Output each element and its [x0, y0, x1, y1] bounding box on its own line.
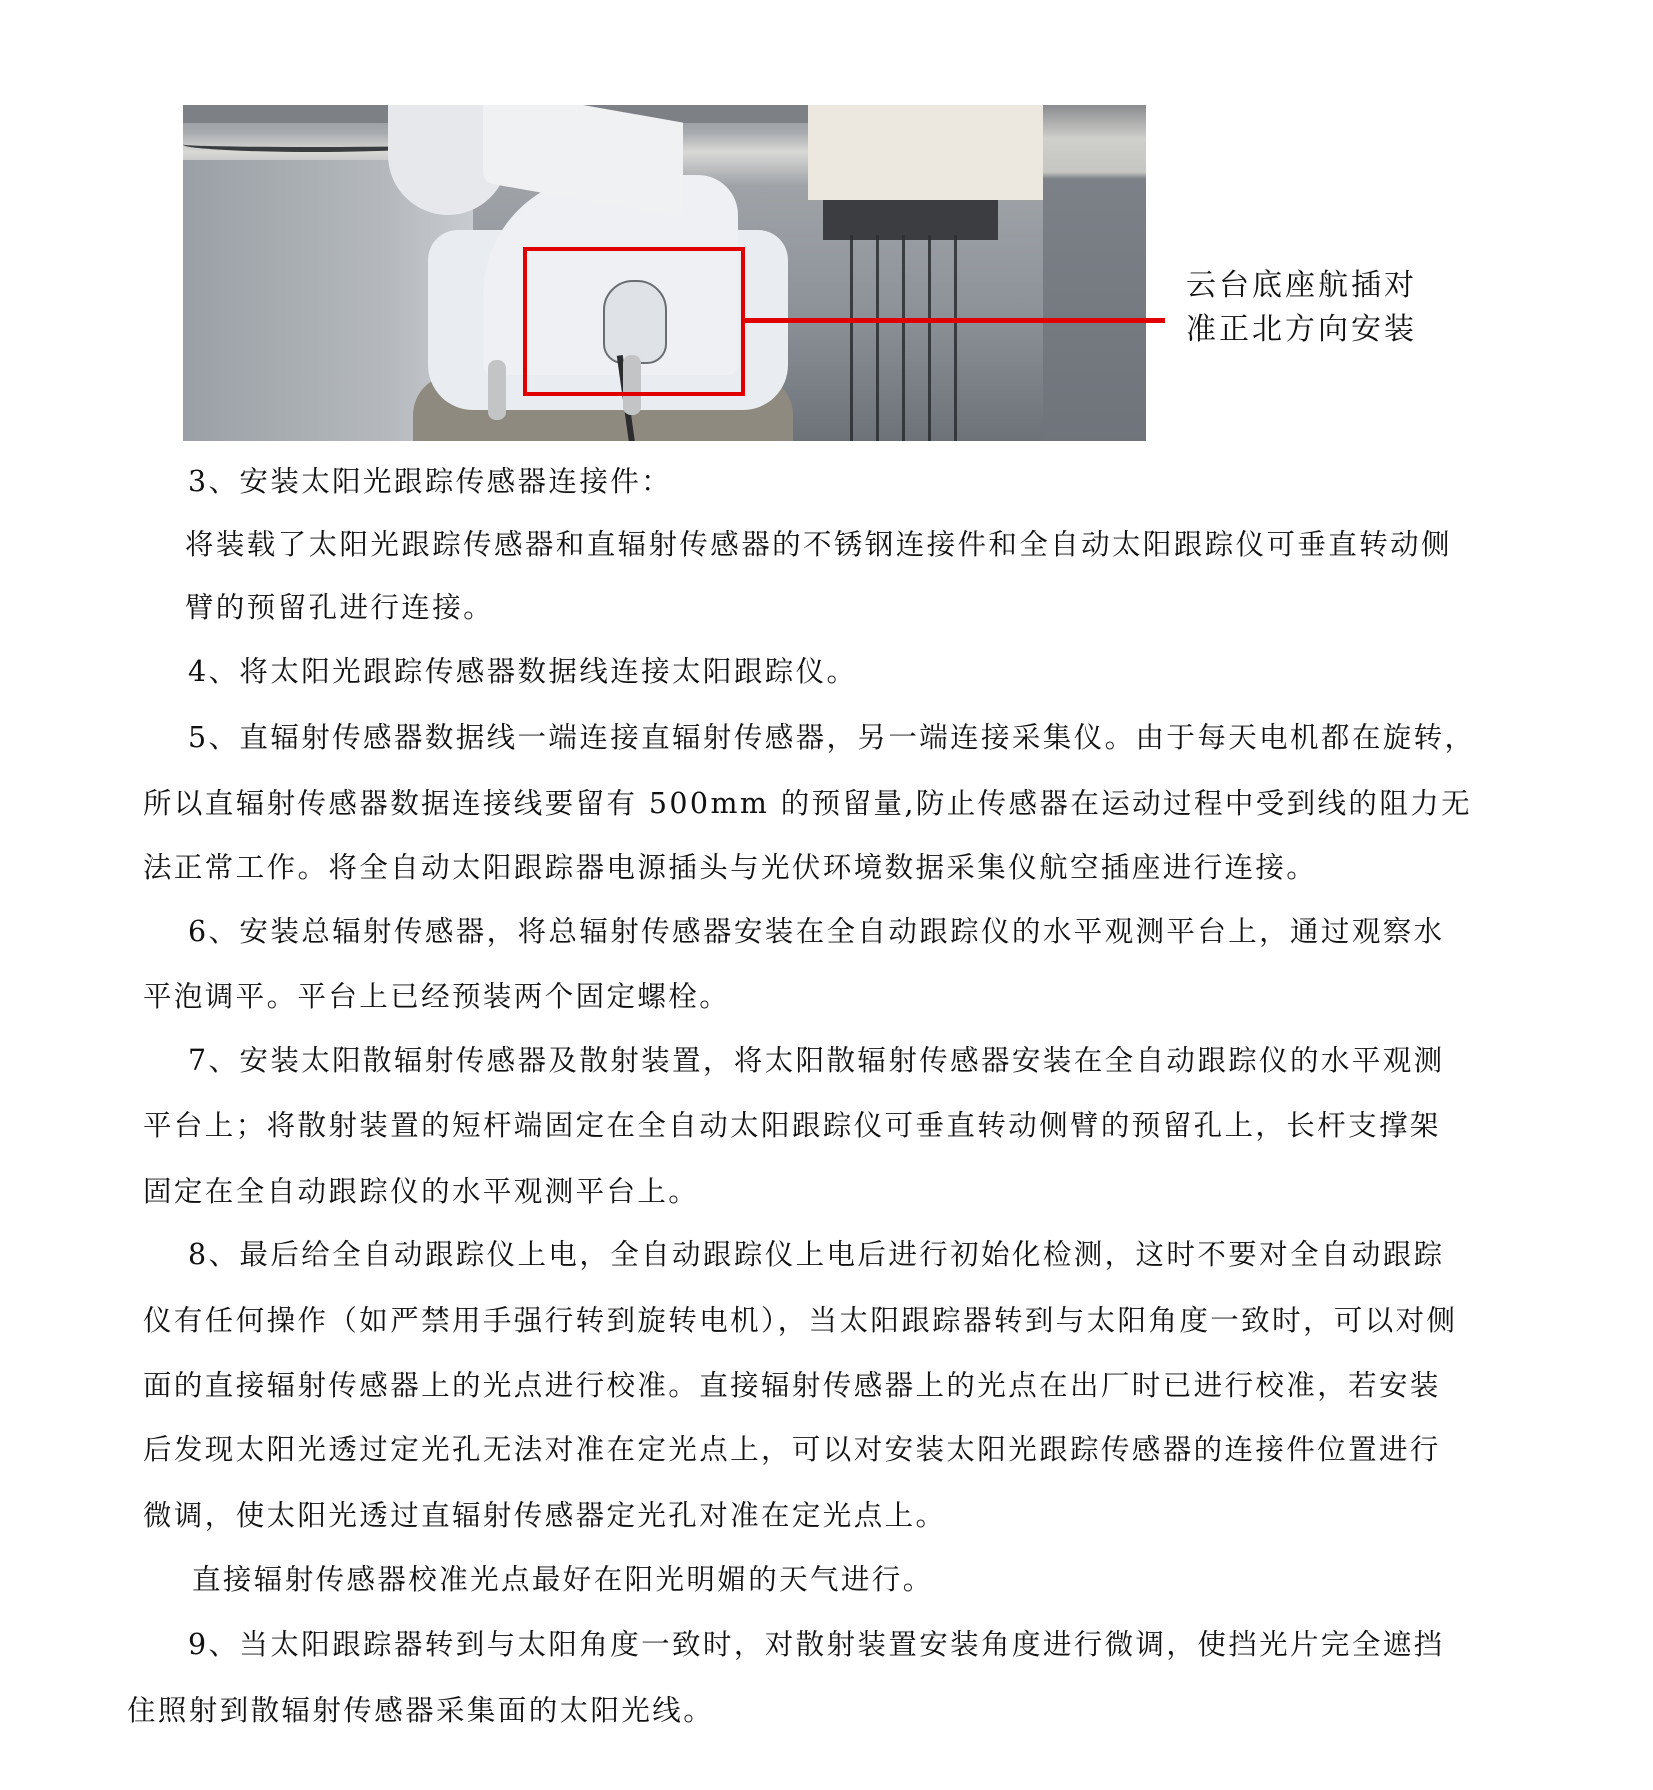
- paragraph-line: 后发现太阳光透过定光孔无法对准在定光点上，可以对安装太阳光跟踪传感器的连接件位置…: [143, 1430, 1441, 1470]
- callout-line-1: 云台底座航插对: [1186, 264, 1417, 308]
- photo-bolt-left: [488, 360, 506, 420]
- paragraph-line: 直接辐射传感器校准光点最好在阳光明媚的天气进行。: [192, 1560, 934, 1600]
- paragraph-line: 臂的预留孔进行连接。: [185, 588, 494, 628]
- paragraph-line: 将装载了太阳光跟踪传感器和直辐射传感器的不锈钢连接件和全自动太阳跟踪仪可垂直转动…: [185, 525, 1452, 565]
- photo-wires: [838, 235, 978, 441]
- paragraph-line: 固定在全自动跟踪仪的水平观测平台上。: [143, 1172, 699, 1212]
- paragraph-line: 住照射到散辐射传感器采集面的太阳光线。: [127, 1691, 714, 1731]
- paragraph-line: 微调，使太阳光透过直辐射传感器定光孔对准在定光点上。: [143, 1496, 946, 1536]
- paragraph-line: 平台上；将散射装置的短杆端固定在全自动太阳跟踪仪可垂直转动侧臂的预留孔上，长杆支…: [143, 1106, 1441, 1146]
- paragraph-line: 8、最后给全自动跟踪仪上电，全自动跟踪仪上电后进行初始化检测，这时不要对全自动跟…: [188, 1235, 1445, 1275]
- highlight-box: [523, 247, 745, 396]
- paragraph-line: 面的直接辐射传感器上的光点进行校准。直接辐射传感器上的光点在出厂时已进行校准，若…: [143, 1366, 1441, 1406]
- paragraph-line: 法正常工作。将全自动太阳跟踪器电源插头与光伏环境数据采集仪航空插座进行连接。: [143, 848, 1317, 888]
- paragraph-line: 3、安装太阳光跟踪传感器连接件：: [188, 462, 672, 502]
- photo-callout: 云台底座航插对 准正北方向安装: [1186, 264, 1417, 352]
- paragraph-line: 4、将太阳光跟踪传感器数据线连接太阳跟踪仪。: [188, 652, 857, 692]
- callout-line-2: 准正北方向安装: [1186, 308, 1417, 352]
- paragraph-line: 平泡调平。平台上已经预装两个固定螺栓。: [143, 977, 730, 1017]
- photo-control-box-terminals: [823, 200, 998, 240]
- paragraph-line: 9、当太阳跟踪器转到与太阳角度一致时，对散射装置安装角度进行微调，使挡光片完全遮…: [188, 1625, 1445, 1665]
- photo-control-box: [808, 105, 1043, 200]
- paragraph-line: 7、安装太阳散辐射传感器及散射装置，将太阳散辐射传感器安装在全自动跟踪仪的水平观…: [188, 1041, 1445, 1081]
- paragraph-line: 5、直辐射传感器数据线一端连接直辐射传感器，另一端连接采集仪。由于每天电机都在旋…: [188, 718, 1475, 758]
- paragraph-line: 所以直辐射传感器数据连接线要留有 500mm 的预留量,防止传感器在运动过程中受…: [143, 784, 1472, 824]
- photo-right-wall: [1043, 105, 1146, 441]
- callout-leader-line: [745, 318, 1165, 323]
- paragraph-line: 仪有任何操作（如严禁用手强行转到旋转电机），当太阳跟踪器转到与太阳角度一致时，可…: [143, 1301, 1457, 1341]
- paragraph-line: 6、安装总辐射传感器，将总辐射传感器安装在全自动跟踪仪的水平观测平台上，通过观察…: [188, 912, 1445, 952]
